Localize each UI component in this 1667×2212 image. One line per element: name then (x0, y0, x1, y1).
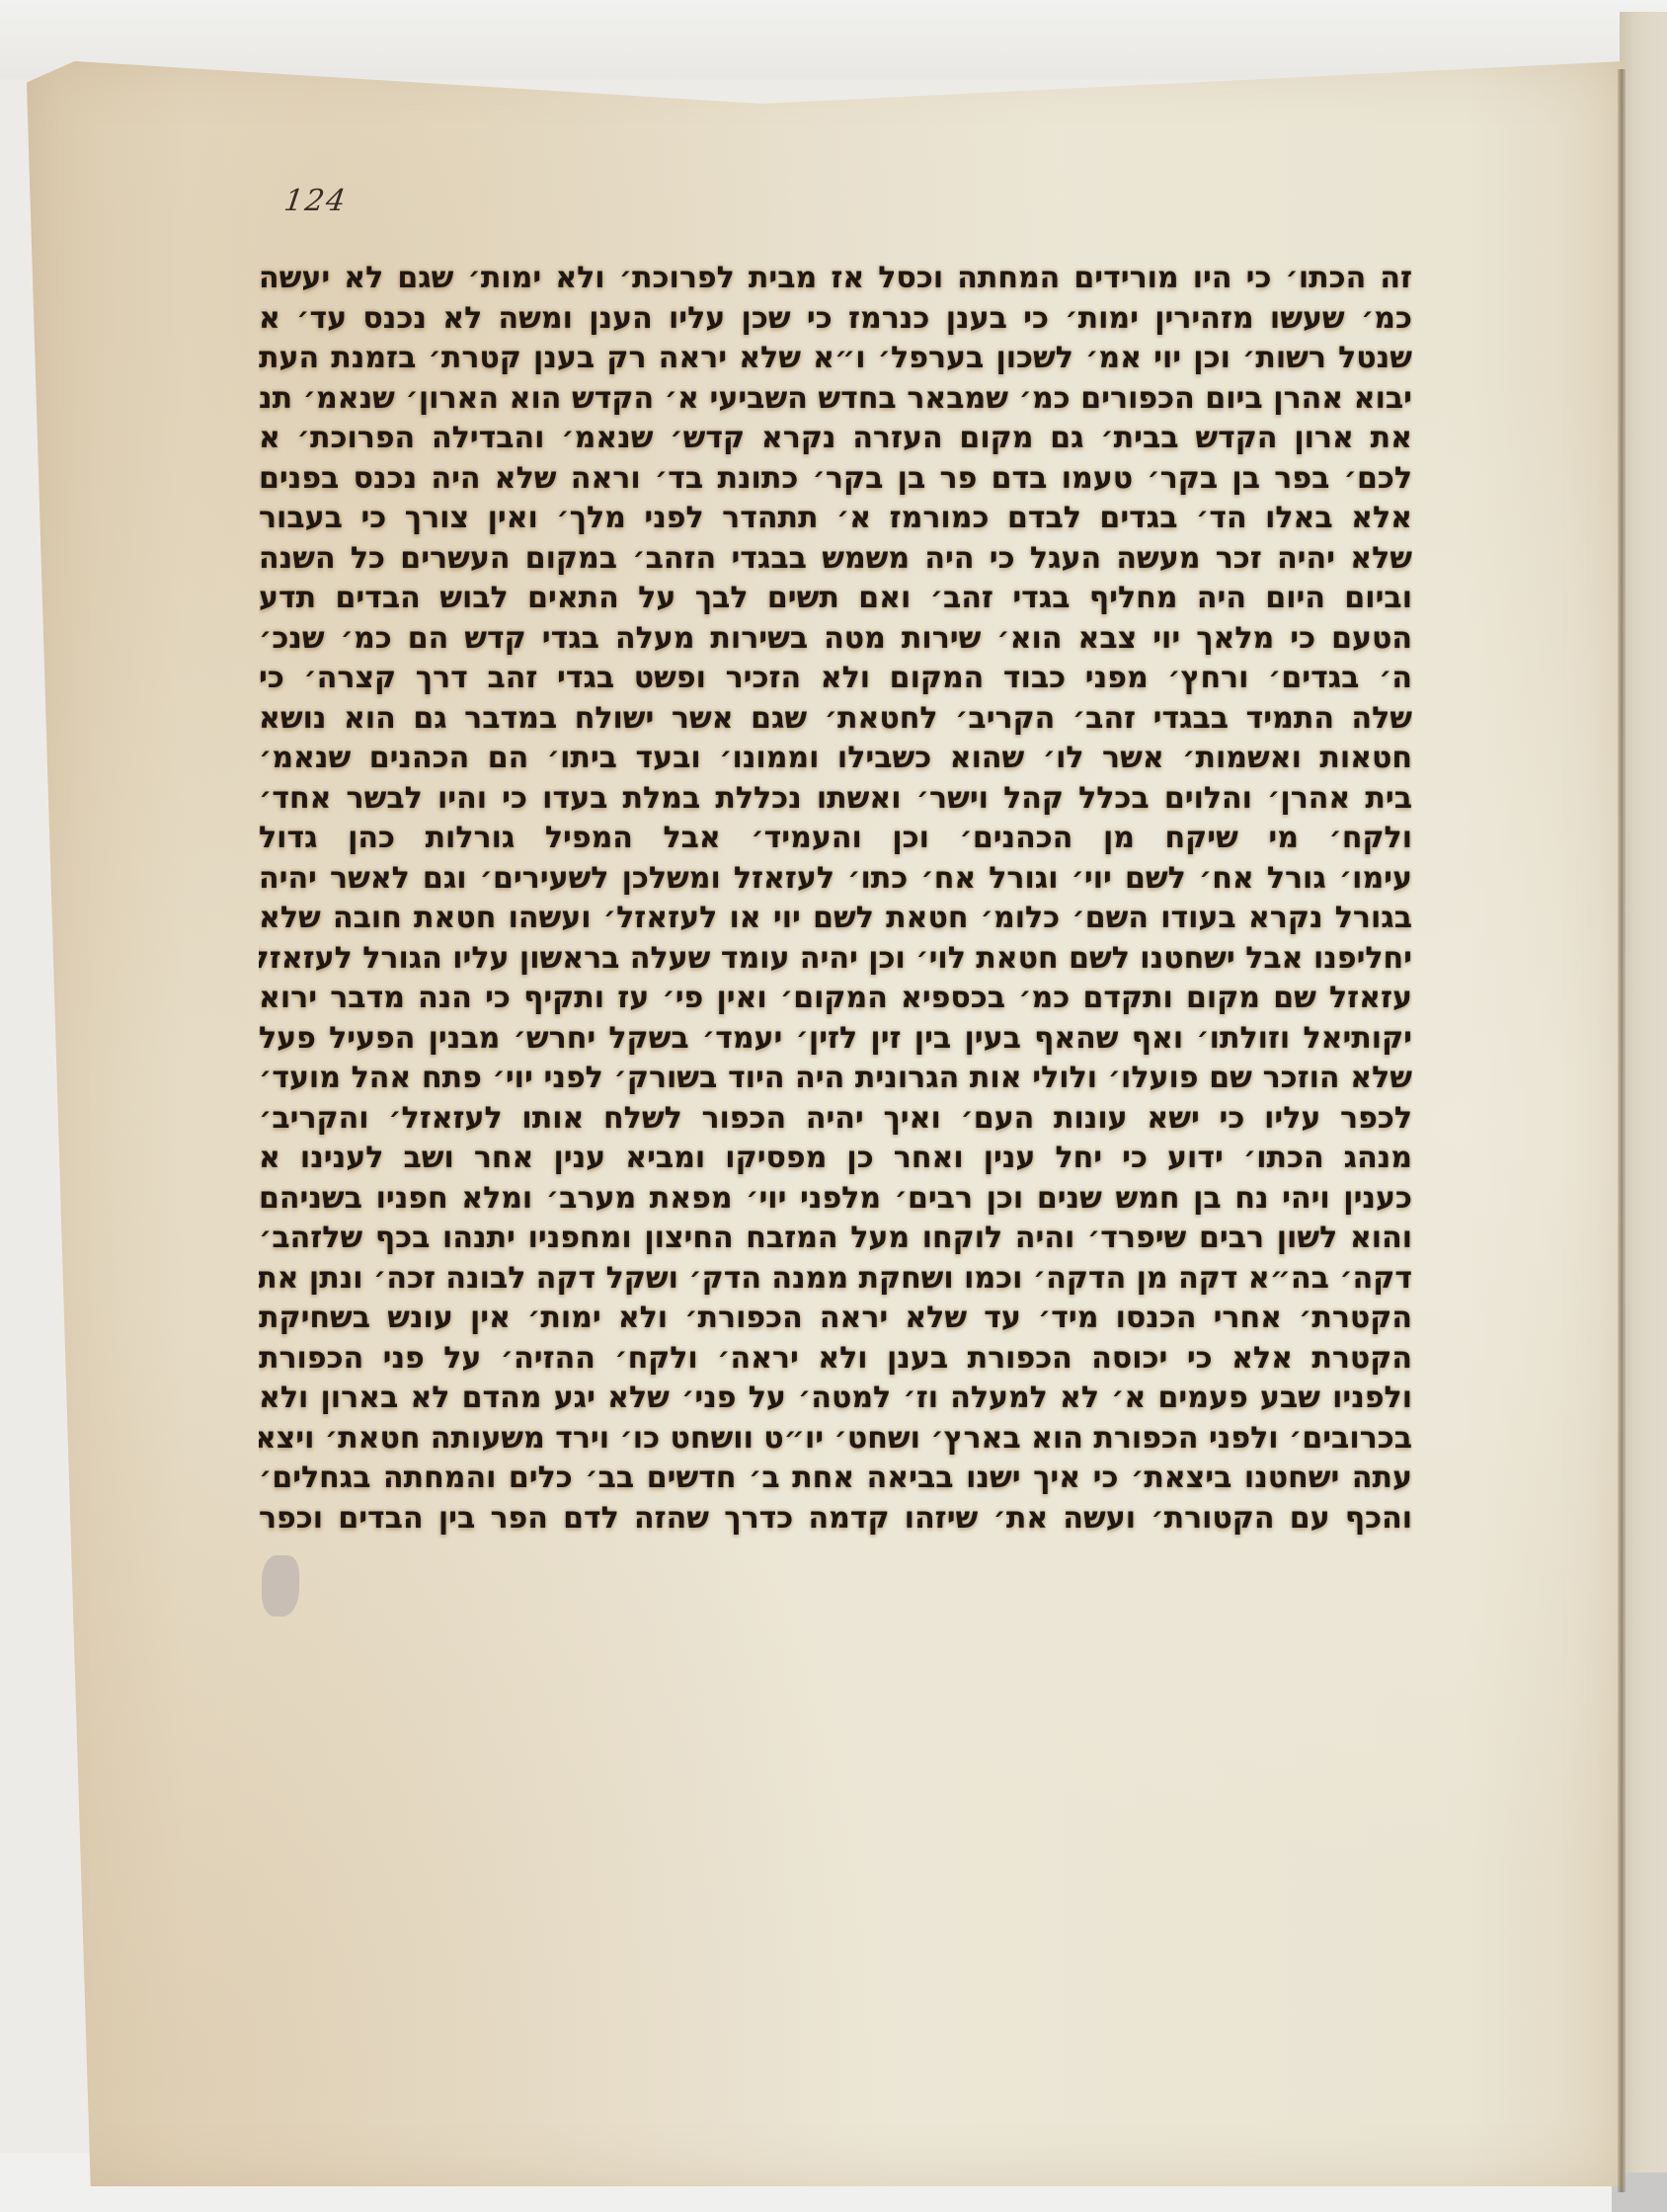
text-line-6: לכם׳ בפר בן בקר׳ טעמו בדם פר בן בקר׳ כתו… (259, 459, 1412, 500)
text-line-30: בכרובים׳ ולפני הכפורת הוא בארץ׳ ושחט׳ יו… (259, 1419, 1412, 1460)
text-line-8: שלא יהיה זכר מעשה העגל כי היה משמש בבגדי… (259, 539, 1412, 580)
text-line-28: הקטרת אלא כי יכוסה הכפורת בענן ולא יראה׳… (259, 1339, 1412, 1380)
text-line-11: ה׳ בגדים׳ ורחץ׳ מפני כבוד המקום ולא הזכי… (259, 659, 1412, 699)
text-line-9: וביום היום היה מחליף בגדי זהב׳ ואם תשים … (259, 579, 1412, 619)
text-line-20: יקותיאל וזולתו׳ ואף שהאף בעין בין זין לז… (259, 1019, 1412, 1060)
text-line-14: בית אהרן׳ והלוים בכלל קהל וישר׳ ואשתו נכ… (259, 779, 1412, 820)
text-line-4: יבוא אהרן ביום הכפורים כמ׳ שמבאר בחדש הש… (259, 379, 1412, 420)
text-line-25: והוא לשון רבים שיפרד׳ והיה לוקחו מעל המז… (259, 1219, 1412, 1259)
text-line-32: והכף עם הקטורת׳ ועשה את׳ שיזהו קדמה כדרך… (259, 1499, 1412, 1540)
text-line-23: מנהג הכתו׳ ידוע כי יחל ענין ואחר כן מפסי… (259, 1139, 1412, 1179)
text-line-1: זה הכתו׳ כי היו מורידים המחתה וכסל אז מב… (259, 259, 1412, 299)
text-line-22: לכפר עליו כי ישא עונות העם׳ ואיך יהיה הכ… (259, 1099, 1412, 1140)
text-line-10: הטעם כי מלאך יוי צבא הוא׳ שירות מטה בשיר… (259, 619, 1412, 660)
text-line-19: עזאזל שם מקום ותקדם כמ׳ בכספיא המקום׳ וא… (259, 979, 1412, 1019)
text-line-5: את ארון הקדש בבית׳ גם מקום העזרה נקרא קד… (259, 419, 1412, 459)
text-line-13: חטאות ואשמות׳ אשר לו׳ שהוא כשבילו וממונו… (259, 739, 1412, 779)
text-line-2: כמ׳ שעשו מזהירין ימות׳ כי בענן כנרמז כי … (259, 299, 1412, 340)
text-line-21: שלא הוזכר שם פועלו׳ ולולי אות הגרונית הי… (259, 1059, 1412, 1099)
text-line-26: דקה׳ בה״א דקה מן הדקה׳ וכמו ושחקת ממנה ה… (259, 1259, 1412, 1300)
text-line-3: שנטל רשות׳ וכן יוי אמ׳ לשכון בערפל׳ ו״א … (259, 339, 1412, 379)
text-line-18: יחליפנו אבל ישחטנו לשם חטאת לוי׳ וכן יהי… (259, 939, 1412, 980)
manuscript-text-block: זה הכתו׳ כי היו מורידים המחתה וכסל אז מב… (259, 259, 1412, 1539)
text-line-16: עימו׳ גורל אח׳ לשם יוי׳ וגורל אח׳ כתו׳ ל… (259, 859, 1412, 900)
text-line-27: הקטרת׳ אחרי הכנסו מיד׳ עד שלא יראה הכפור… (259, 1299, 1412, 1339)
text-line-7: אלא באלו הד׳ בגדים לבדם כמורמז א׳ תתהדר … (259, 499, 1412, 539)
adjacent-leaf-edge (1620, 12, 1667, 2174)
binding-gutter (1618, 69, 1626, 2192)
folio-number: 124 (282, 184, 350, 218)
paper-stain (262, 1555, 299, 1617)
text-line-17: בגורל נקרא בעודו השם׳ כלומ׳ חטאת לשם יוי… (259, 899, 1412, 939)
text-line-31: עתה ישחטנו ביצאת׳ כי איך ישנו בביאה אחת … (259, 1459, 1412, 1499)
text-line-24: כענין ויהי נח בן חמש שנים וכן רבים׳ מלפנ… (259, 1179, 1412, 1220)
text-line-15: ולקח׳ מי שיקח מן הכהנים׳ וכן והעמיד׳ אבל… (259, 819, 1412, 859)
text-line-29: ולפניו שבע פעמים א׳ לא למעלה וז׳ למטה׳ ע… (259, 1379, 1412, 1419)
scan-background-top (0, 0, 1667, 79)
text-line-12: שלה התמיד בבגדי זהב׳ הקריב׳ לחטאת׳ שגם א… (259, 699, 1412, 740)
